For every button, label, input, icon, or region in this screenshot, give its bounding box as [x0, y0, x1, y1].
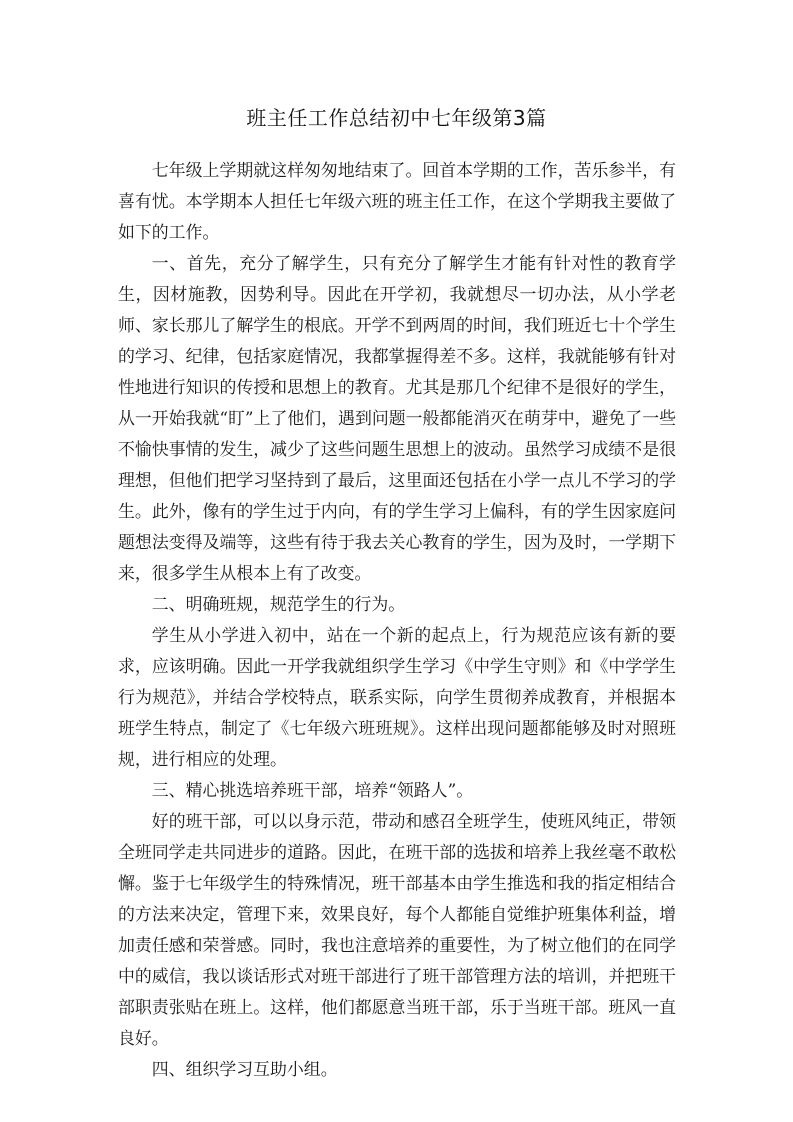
heading-section-4: 四、组织学习互助小组。	[118, 1054, 676, 1085]
paragraph-section-2: 学生从小学进入初中，站在一个新的起点上，行为规范应该有新的要求，应该明确。因此一…	[118, 620, 676, 775]
document-title: 班主任工作总结初中七年级第3篇	[0, 104, 793, 132]
paragraph-intro: 七年级上学期就这样匆匆地结束了。回首本学期的工作，苦乐参半，有喜有忧。本学期本人…	[118, 155, 676, 248]
paragraph-section-1: 一、首先，充分了解学生，只有充分了解学生才能有针对性的教育学生，因材施教，因势利…	[118, 248, 676, 589]
paragraph-section-3: 好的班干部，可以以身示范，带动和感召全班学生，使班风纯正，带领全班同学走共同进步…	[118, 806, 676, 1054]
document-body: 七年级上学期就这样匆匆地结束了。回首本学期的工作，苦乐参半，有喜有忧。本学期本人…	[118, 155, 676, 1085]
document-page: 班主任工作总结初中七年级第3篇 七年级上学期就这样匆匆地结束了。回首本学期的工作…	[0, 0, 793, 1122]
heading-section-2: 二、明确班规，规范学生的行为。	[118, 589, 676, 620]
heading-section-3: 三、精心挑选培养班干部，培养“领路人”。	[118, 775, 676, 806]
